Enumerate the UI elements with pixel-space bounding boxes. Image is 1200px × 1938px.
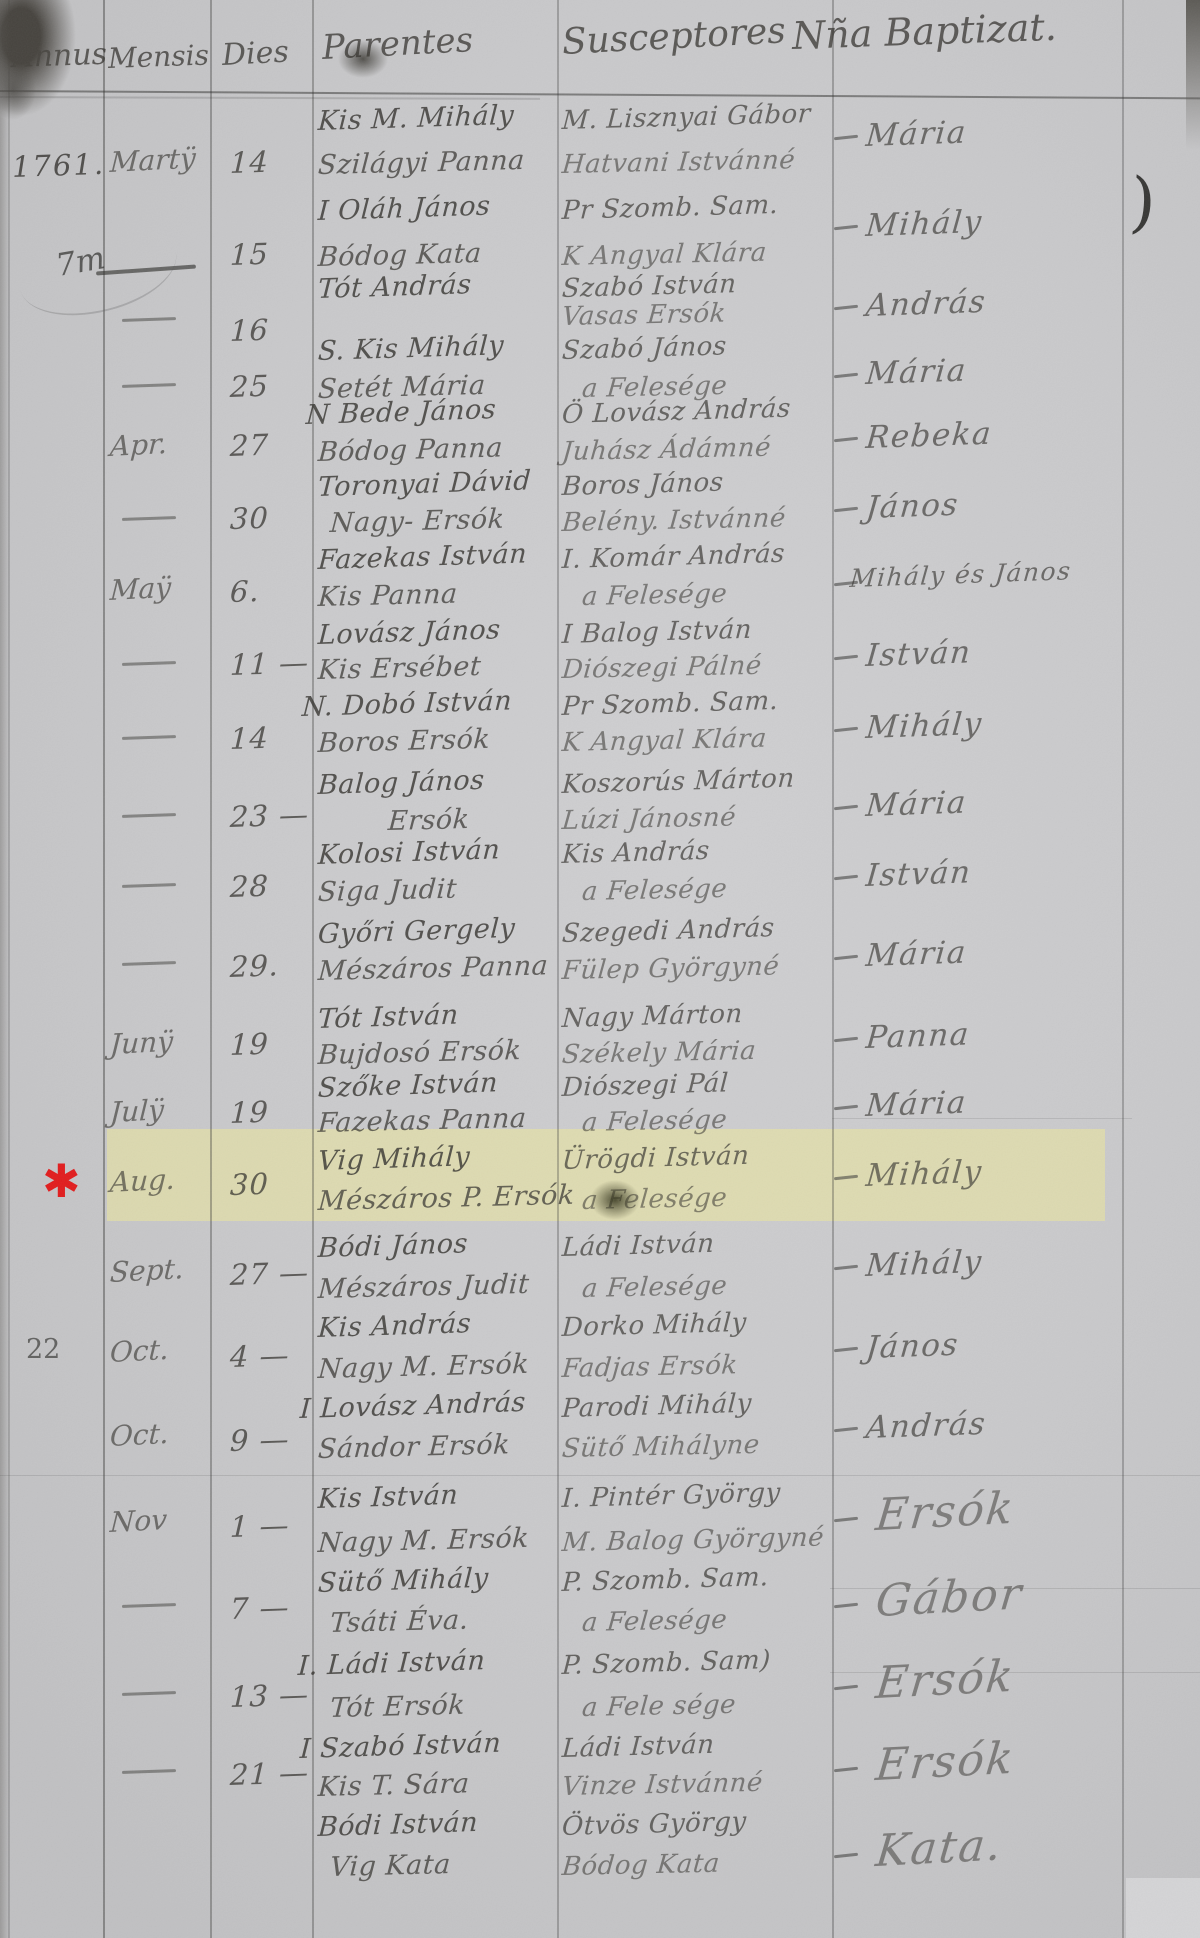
day-cell: 28 [229, 869, 269, 904]
month-cell: Nov [109, 1503, 168, 1539]
name-dash [834, 437, 858, 442]
father-name: N. Dobó István [301, 685, 513, 723]
column-header-dies: Dies [221, 35, 290, 73]
header-underline-2 [0, 96, 540, 100]
godfather-name: Szabó János [561, 331, 727, 366]
father-name: Toronyai Dávid [317, 465, 532, 503]
ink-paren-mark: ) [1127, 163, 1158, 242]
mother-name: Bujdosó Ersók [317, 1035, 522, 1071]
child-name: János [864, 1327, 960, 1366]
mother-name: Mészáros Panna [317, 950, 549, 987]
father-name: I Lovász András [299, 1387, 527, 1425]
godfather-name: I. Pintér György [561, 1478, 781, 1514]
day-cell: 29. [229, 948, 279, 984]
month-cell: Martÿ [109, 141, 196, 179]
name-dash [834, 1427, 858, 1432]
godfather-name: P. Szomb. Sam. [561, 1562, 770, 1598]
mother-name: Sándor Ersók [317, 1429, 511, 1465]
father-name: Sütő Mihály [317, 1563, 489, 1599]
child-name: János [864, 487, 960, 526]
godmother-name: a Fele sége [581, 1690, 737, 1723]
mother-name: Bódog Panna [317, 432, 504, 468]
child-name: Gábor [873, 1568, 1025, 1627]
month-cell: Oct. [109, 1333, 169, 1369]
name-dash [834, 1347, 858, 1352]
godmother-name: Hatvani Istvánné [561, 145, 797, 180]
column-rule [210, 0, 212, 1938]
child-name: Kata. [873, 1819, 1005, 1877]
father-name: Vig Mihály [317, 1141, 471, 1177]
godfather-name: I Balog István [561, 615, 753, 650]
name-dash [834, 875, 858, 880]
father-name: Tót István [317, 1000, 459, 1035]
red-asterisk-marker: ✱ [42, 1154, 81, 1208]
godfather-name: Ürögdi István [561, 1141, 750, 1176]
child-name: András [864, 284, 987, 324]
pencil-page-number: 22 [26, 1334, 60, 1365]
corner-patch [1126, 1878, 1200, 1938]
name-dash [834, 955, 858, 960]
godfather-name: Boros János [561, 467, 724, 502]
month-cell: Aug. [109, 1163, 176, 1200]
godfather-name: Ötvös György [561, 1807, 747, 1842]
column-header-susceptores: Susceptores [561, 10, 787, 63]
child-name: Mária [864, 114, 968, 154]
godmother-name: Vinze Istvánné [561, 1768, 764, 1802]
column-rule [832, 0, 834, 1938]
godfather-name: Diószegi Pál [561, 1068, 729, 1103]
child-name: Ersók [873, 1483, 1017, 1542]
godmother-name: Székely Mária [561, 1036, 758, 1070]
column-header-nomina-baptizat: Nña Baptizat. [791, 5, 1057, 58]
child-name: Mihály [864, 1244, 984, 1284]
godfather-name: Koszorús Márton [561, 763, 795, 800]
godmother-name: a Felesége [581, 579, 729, 612]
mother-name: Kis Panna [317, 579, 459, 613]
name-dash [834, 373, 858, 378]
mother-name: Kis Ersébet [317, 651, 482, 686]
godmother-name: M. Balog Györgyné [561, 1522, 826, 1558]
godmother-name: Vasas Ersók [561, 299, 728, 332]
godfather-name: Kis András [561, 836, 711, 870]
mother-name: Nagy M. Ersók [317, 1349, 530, 1385]
mother-name: Nagy M. Ersók [317, 1523, 530, 1559]
name-dash [834, 1105, 858, 1110]
godfather-name: M. Lisznyai Gábor [561, 99, 811, 136]
godmother-name: Fadjas Ersók [561, 1350, 739, 1384]
month-ditto-dash [122, 813, 176, 818]
father-name: Kis M. Mihály [317, 100, 515, 137]
mother-name: Nagy- Ersók [329, 504, 505, 539]
ink-smudge [338, 40, 388, 78]
father-name: Kis István [317, 1480, 459, 1515]
day-cell: 19 [229, 1027, 269, 1062]
godmother-name: a Felesége [581, 874, 729, 907]
child-name: Panna [864, 1016, 971, 1056]
column-rule [1122, 0, 1124, 1938]
father-name: Balog János [317, 765, 485, 801]
page-edge-shadow [1186, 0, 1200, 150]
day-cell: 7 — [229, 1590, 290, 1626]
godmother-name: a Felesége [581, 1105, 729, 1138]
child-name: Mária [864, 934, 968, 974]
day-cell: 13 — [229, 1677, 309, 1714]
godmother-name: Bódog Kata [561, 1849, 721, 1882]
mother-name: Vig Kata [329, 1849, 452, 1883]
father-name: Bódi István [317, 1807, 479, 1843]
day-cell: 19 [229, 1095, 269, 1130]
mother-name: Mészáros Judit [317, 1269, 530, 1305]
register-scan-page: Annus Mensis Dies Parentes Susceptores N… [0, 0, 1200, 1938]
father-name: N Bede János [305, 394, 497, 431]
godmother-name: Juhász Ádámné [561, 433, 772, 467]
name-dash [834, 727, 858, 732]
mother-name: Siga Judit [317, 874, 458, 908]
father-name: Fazekas István [317, 538, 528, 576]
month-ditto-dash [122, 1603, 176, 1608]
month-cell: Maÿ [109, 571, 172, 607]
day-cell: 25 [229, 369, 269, 404]
name-dash [834, 1853, 858, 1858]
godfather-name: I. Komár András [561, 539, 786, 575]
month-cell: Apr. [109, 427, 168, 463]
month-ditto-dash [122, 516, 176, 521]
day-cell: 27 — [229, 1255, 309, 1292]
column-rule [312, 0, 314, 1938]
mother-name: Fazekas Panna [317, 1103, 527, 1139]
godmother-name: a Felesége [581, 1271, 729, 1304]
month-ditto-dash [122, 317, 176, 322]
godmother-name: Belény. Istvánné [561, 503, 787, 538]
month-ditto-dash [122, 883, 176, 888]
godfather-name: Pr Szomb. Sam. [561, 686, 779, 722]
name-dash [834, 1517, 858, 1522]
day-cell: 30 [229, 1167, 269, 1202]
name-dash [834, 1685, 858, 1690]
father-name: I Szabó István [299, 1728, 502, 1765]
day-cell: 27 [229, 428, 269, 463]
day-cell: 15 [229, 237, 269, 272]
godfather-name: Nagy Márton [561, 999, 743, 1034]
godfather-name: Parodi Mihály [561, 1389, 753, 1424]
column-header-mensis: Mensis [107, 38, 209, 75]
mother-name: Szilágyi Panna [317, 145, 526, 181]
month-cell: Sept. [109, 1252, 184, 1289]
crease-line [0, 1475, 1200, 1476]
name-dash [834, 655, 858, 660]
mother-name: Ersók [387, 804, 471, 837]
child-name: Mária [864, 784, 968, 824]
column-rule [557, 0, 559, 1938]
year-cell: 1761. [11, 147, 105, 184]
father-name: Tót András [317, 269, 472, 305]
day-cell: 6. [229, 574, 260, 609]
godfather-name: Pr Szomb. Sam. [561, 190, 779, 226]
godfather-name: P. Szomb. Sam) [561, 1645, 772, 1681]
father-name: Győri Gergely [317, 913, 516, 950]
day-cell: 1 — [229, 1508, 290, 1544]
godmother-name: Sütő Mihályne [561, 1430, 761, 1464]
father-name: I Oláh János [317, 191, 491, 227]
month-cell: Julÿ [109, 1093, 165, 1129]
mother-name: Bódog Kata [317, 238, 483, 273]
father-name: I. Ládi István [297, 1645, 486, 1682]
child-name: András [864, 1406, 987, 1446]
child-name: Mária [864, 352, 968, 392]
child-name: Mihály [864, 204, 984, 244]
month-ditto-dash [122, 735, 176, 740]
day-cell: 16 [229, 313, 269, 348]
name-dash [834, 805, 858, 810]
godmother-name: a Felesége [581, 1605, 729, 1638]
child-name: István [864, 854, 973, 894]
godfather-name: Ládi István [561, 1229, 715, 1263]
child-name: Ersók [873, 1733, 1017, 1792]
ink-blot [590, 1180, 640, 1220]
father-name: Kolosi István [317, 834, 501, 871]
day-cell: 14 [229, 145, 269, 180]
child-name: Mihály [864, 1154, 984, 1194]
name-dash [834, 1265, 858, 1270]
father-name: Kis András [317, 1308, 472, 1344]
name-dash [834, 305, 858, 310]
day-cell: 4 — [229, 1338, 290, 1374]
name-dash [834, 1603, 858, 1608]
child-name: Ersók [873, 1651, 1017, 1710]
mother-name: Boros Ersók [317, 724, 491, 759]
day-cell: 9 — [229, 1422, 290, 1458]
month-ditto-dash [122, 961, 176, 966]
child-name: Mária [864, 1084, 968, 1124]
month-ditto-dash [122, 383, 176, 388]
mother-name: Tót Ersók [329, 1690, 466, 1724]
child-name: Mihály [864, 706, 984, 746]
day-cell: 11 — [229, 645, 309, 682]
name-dash [834, 225, 858, 230]
month-cell: Junÿ [109, 1025, 174, 1061]
child-name: Rebeka [864, 416, 993, 457]
page-edge-shadow [0, 0, 10, 1938]
father-name: Bódi János [317, 1228, 469, 1264]
day-cell: 21 — [229, 1755, 309, 1792]
name-dash [834, 507, 858, 512]
father-name: Lovász János [317, 614, 501, 651]
pencil-scribble-curve [10, 212, 185, 330]
day-cell: 23 — [229, 797, 309, 834]
godmother-name: Lúzi Jánosné [561, 802, 738, 836]
father-name: Szőke István [317, 1067, 499, 1104]
day-cell: 14 [229, 721, 269, 756]
name-dash [834, 1037, 858, 1042]
mother-name: Kis T. Sára [317, 1768, 470, 1803]
child-name: István [864, 634, 973, 674]
godmother-name: Diószegi Pálné [561, 651, 763, 685]
month-ditto-dash [122, 661, 176, 666]
name-dash [834, 1767, 858, 1772]
father-name: S. Kis Mihály [317, 330, 505, 367]
godmother-name: K Angyal Klára [561, 238, 768, 272]
godfather-name: Ládi István [561, 1730, 715, 1764]
godfather-name: Szegedi András [561, 913, 775, 949]
mother-name: Tsáti Éva. [329, 1605, 470, 1639]
month-cell: Oct. [109, 1417, 169, 1453]
month-ditto-dash [122, 1691, 176, 1696]
child-name: Mihály és János [849, 556, 1073, 593]
godfather-name: Dorko Mihály [561, 1308, 748, 1343]
month-ditto-dash [122, 1769, 176, 1774]
godmother-name: K Angyal Klára [561, 724, 768, 758]
godmother-name: Fülep Györgyné [561, 951, 781, 986]
mother-name: Mészáros P. Ersók [317, 1180, 576, 1217]
day-cell: 30 [229, 501, 269, 536]
godfather-name: Ö Lovász András [561, 394, 792, 430]
name-dash [834, 135, 858, 140]
